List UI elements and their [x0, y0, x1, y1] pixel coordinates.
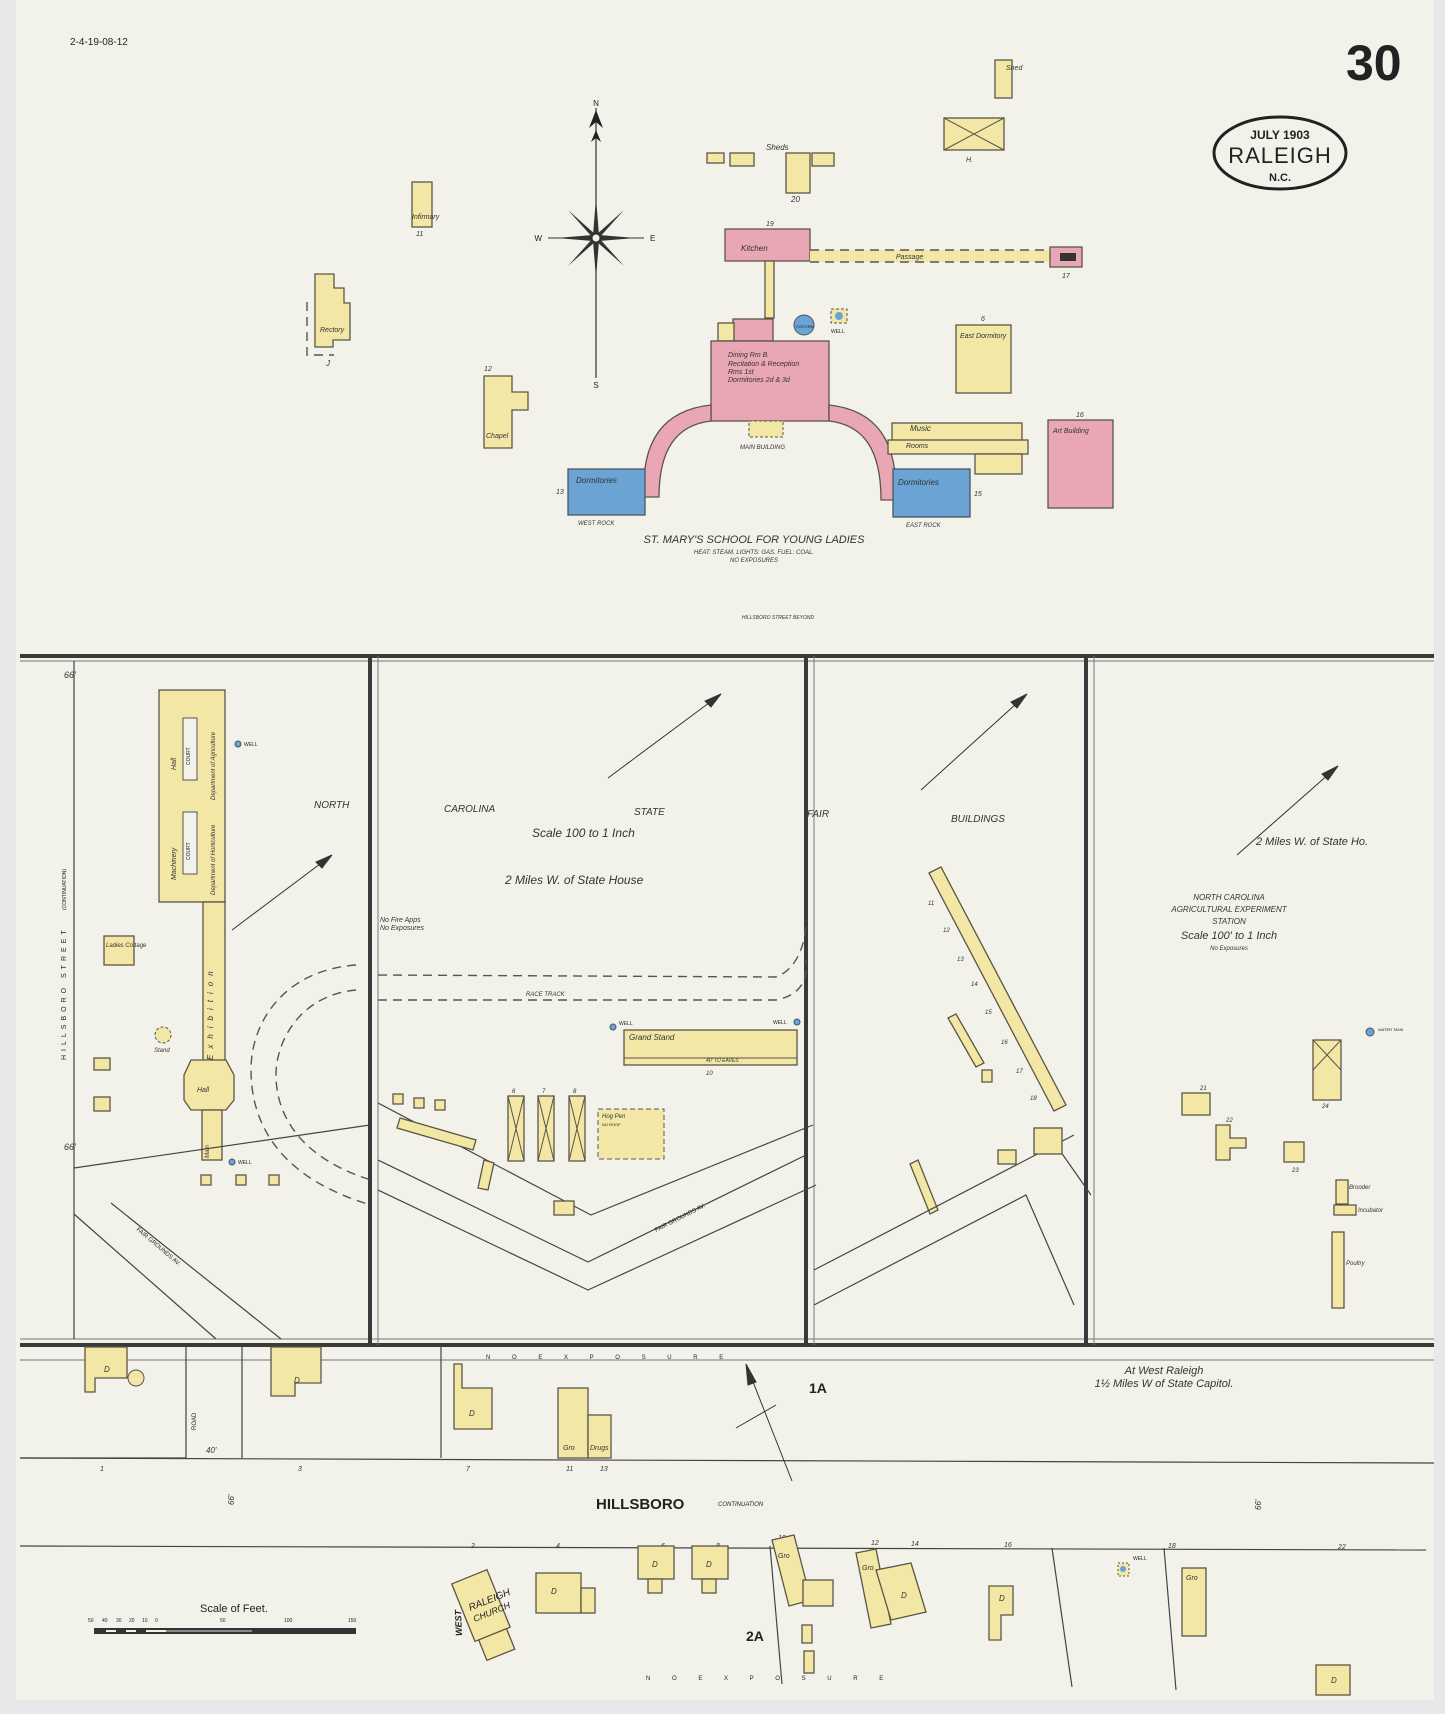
chapel-building: 12 Chapel [484, 366, 528, 448]
svg-text:14: 14 [971, 982, 978, 988]
svg-text:Recitation & Reception: Recitation & Reception [728, 361, 799, 368]
svg-text:FAIR GROUNDS AV.: FAIR GROUNDS AV. [135, 1227, 182, 1268]
svg-text:D: D [999, 1594, 1005, 1603]
svg-text:Scale of Feet.: Scale of Feet. [200, 1603, 268, 1615]
svg-text:Brooder: Brooder [1349, 1185, 1371, 1191]
west-raleigh-church: WEST RALEIGH CHURCH [435, 1565, 531, 1669]
street-label-hillsboro: HILLSBORO [596, 1496, 685, 1513]
svg-text:STATION: STATION [1212, 917, 1246, 926]
svg-text:100: 100 [284, 1618, 293, 1624]
grocery-10: Gro [772, 1535, 833, 1606]
svg-text:WELL: WELL [773, 1020, 787, 1026]
svg-text:21: 21 [1199, 1086, 1207, 1092]
svg-text:N O E X P O S U R E: N O E X P O S U R E [646, 1676, 893, 1682]
compass-west: W [534, 234, 542, 243]
well-icon: WELL [831, 309, 847, 335]
main-building: Dining Rm B. Recitation & Reception Rms … [711, 319, 829, 451]
svg-text:11: 11 [416, 231, 423, 238]
svg-text:17: 17 [1062, 273, 1071, 280]
svg-text:Chapel: Chapel [486, 433, 509, 440]
svg-text:12: 12 [871, 1540, 879, 1547]
svg-text:CAROLINA: CAROLINA [444, 804, 495, 815]
svg-text:CONTINUATION: CONTINUATION [718, 1502, 764, 1508]
well-icon: WELL [229, 1159, 252, 1166]
svg-text:22: 22 [1337, 1544, 1346, 1551]
stand: Stand [154, 1027, 171, 1054]
svg-text:12: 12 [484, 366, 492, 373]
svg-text:Dormitories: Dormitories [576, 476, 617, 485]
svg-text:CISTERN: CISTERN [796, 324, 814, 329]
svg-text:D: D [469, 1409, 475, 1418]
hillsboro-beyond: HILLSBORO STREET BEYOND [742, 615, 815, 621]
svg-text:WELL: WELL [244, 742, 258, 748]
cartouche-state: N.C. [1269, 172, 1291, 184]
stall-sheds: 6 7 8 [508, 1089, 585, 1161]
svg-text:Department of Agriculture: Department of Agriculture [211, 731, 217, 800]
svg-text:Scale 100' to 1 Inch: Scale 100' to 1 Inch [1181, 930, 1277, 942]
svg-text:(CONTINUATION): (CONTINUATION) [62, 869, 68, 910]
svg-text:50: 50 [88, 1618, 94, 1624]
svg-text:Dormitories: Dormitories [898, 478, 939, 487]
svg-text:D: D [551, 1587, 557, 1596]
north-arrow-icon [232, 694, 1338, 930]
catalog-stamp: 2-4-19-08-12 [70, 37, 128, 48]
cartouche-date: JULY 1903 [1250, 128, 1310, 142]
svg-text:150: 150 [348, 1618, 357, 1624]
svg-text:WEST: WEST [453, 1608, 464, 1636]
svg-text:Grand Stand: Grand Stand [629, 1033, 675, 1042]
east-dormitory-building: East Dormitory 6 [956, 316, 1011, 393]
compass-north: N [593, 99, 599, 108]
svg-text:NO ROOF: NO ROOF [602, 1122, 621, 1127]
svg-text:D: D [104, 1365, 110, 1374]
svg-text:66': 66' [1254, 1499, 1263, 1510]
experiment-station: 2 Miles W. of State Ho. NORTH CAROLINA A… [1170, 836, 1403, 1308]
rectory-building: Rectory J [307, 274, 350, 368]
boiler-house: 17 [1050, 247, 1082, 280]
svg-text:Gro: Gro [1186, 1575, 1198, 1582]
svg-text:66': 66' [64, 670, 76, 680]
svg-text:13: 13 [556, 489, 564, 496]
campus-title: ST. MARY'S SCHOOL FOR YOUNG LADIES [644, 534, 866, 546]
svg-text:30: 30 [116, 1618, 122, 1624]
kitchen-building: Kitchen 19 [725, 221, 810, 261]
svg-text:12: 12 [943, 928, 950, 934]
svg-text:Dining Rm B.: Dining Rm B. [728, 352, 769, 359]
svg-text:Hall: Hall [171, 757, 178, 770]
well-icon: WELL [235, 741, 258, 748]
svg-text:3: 3 [298, 1466, 302, 1473]
st-marys-campus: Shed H. Sheds 20 Infirmary 11 Rectory J [307, 60, 1113, 621]
svg-text:Ladies Cottage: Ladies Cottage [106, 943, 147, 949]
compass-rose-icon: N S W E [534, 99, 655, 390]
svg-text:Department of Horticulture: Department of Horticulture [211, 824, 217, 895]
svg-text:Art Building: Art Building [1052, 428, 1089, 435]
svg-text:20: 20 [129, 1618, 135, 1624]
svg-text:66': 66' [227, 1494, 236, 1505]
fair-grounds: NORTH CAROLINA STATE FAIR BUILDINGS Scal… [61, 670, 1404, 1339]
west-arcade [644, 405, 711, 497]
title-cartouche: JULY 1903 RALEIGH N.C. [1214, 117, 1346, 189]
svg-text:0: 0 [155, 1618, 158, 1624]
svg-text:Stand: Stand [154, 1048, 170, 1054]
svg-text:Sheds: Sheds [766, 143, 789, 152]
dwelling-16: D [989, 1586, 1013, 1640]
svg-text:50: 50 [220, 1618, 226, 1624]
svg-text:Main: Main [205, 1144, 211, 1158]
svg-text:10: 10 [706, 1071, 713, 1077]
dwelling-corner: D [1316, 1665, 1350, 1695]
svg-text:17: 17 [1016, 1069, 1023, 1075]
west-raleigh-strip: D D D Gro Drugs 1 3 7 11 13 ROAD 40' 66'… [20, 1345, 1434, 1695]
svg-text:NO EXPOSURES: NO EXPOSURES [730, 558, 778, 564]
svg-text:Passage: Passage [896, 254, 923, 261]
svg-text:13: 13 [600, 1466, 608, 1473]
well-icon: WELL [1118, 1556, 1147, 1576]
svg-text:7: 7 [466, 1466, 471, 1473]
north-arrow-icon [736, 1364, 792, 1481]
svg-text:RACE TRACK: RACE TRACK [526, 992, 566, 998]
svg-text:16: 16 [1001, 1040, 1008, 1046]
svg-text:Infirmary: Infirmary [412, 214, 440, 221]
hillsboro-street-label: HILLSBORO STREET [61, 926, 68, 1060]
grocery-12: GroD [856, 1549, 926, 1628]
svg-text:Machinery: Machinery [171, 847, 178, 880]
svg-text:EAST ROCK: EAST ROCK [906, 523, 942, 529]
campus-notes: HEAT: STEAM. LIGHTS: GAS. FUEL: COAL. [694, 550, 814, 556]
svg-text:WEST ROCK: WEST ROCK [578, 521, 615, 527]
svg-text:20: 20 [790, 195, 800, 204]
svg-text:2 Miles W. of State House: 2 Miles W. of State House [504, 873, 644, 887]
sheds: Sheds 20 [707, 143, 834, 204]
hog-pen: Hog Pen NO ROOF [598, 1109, 664, 1159]
svg-text:Incubator: Incubator [1358, 1208, 1384, 1214]
svg-text:Kitchen: Kitchen [741, 244, 768, 253]
svg-text:COURT: COURT [186, 747, 192, 765]
svg-text:D: D [294, 1376, 300, 1385]
svg-text:6: 6 [512, 1089, 516, 1095]
svg-text:66': 66' [64, 1142, 76, 1152]
svg-text:24: 24 [1321, 1104, 1329, 1110]
sanborn-map: 2-4-19-08-12 30 JULY 1903 RALEIGH N.C. N… [16, 0, 1434, 1700]
svg-text:40: 40 [102, 1618, 108, 1624]
cartouche-city: RALEIGH [1228, 143, 1332, 168]
svg-text:No Exposures: No Exposures [1210, 946, 1248, 952]
well-icon: WELL [610, 1021, 633, 1030]
svg-text:FAIR GROUNDS AV.: FAIR GROUNDS AV. [654, 1203, 707, 1234]
svg-text:23: 23 [1291, 1168, 1299, 1174]
svg-text:Music: Music [910, 424, 931, 433]
svg-text:WELL: WELL [619, 1021, 633, 1027]
svg-text:Rooms: Rooms [906, 443, 929, 450]
dwelling-1: D [85, 1347, 144, 1392]
east-stall-row: 11 12 13 14 15 16 17 18 19 [910, 867, 1066, 1214]
svg-text:D: D [652, 1560, 658, 1569]
svg-text:7: 7 [542, 1089, 546, 1095]
page-number: 30 [1346, 35, 1402, 91]
dwelling-8: D [692, 1546, 728, 1593]
svg-text:11: 11 [566, 1466, 573, 1473]
svg-text:Rms 1st: Rms 1st [728, 369, 755, 376]
dwelling-7: D [454, 1364, 492, 1429]
dwelling-6: D [638, 1546, 674, 1593]
svg-text:Gro: Gro [778, 1553, 790, 1560]
svg-text:WELL: WELL [238, 1160, 252, 1166]
svg-text:6: 6 [981, 316, 985, 323]
svg-text:Exhibition: Exhibition [206, 965, 215, 1060]
svg-text:Gro: Gro [862, 1565, 874, 1572]
svg-text:No Fire Apps: No Fire Apps [380, 917, 421, 924]
grand-stand: Grand Stand 40' TO EAVES 10 [624, 1030, 797, 1077]
scale-of-feet: Scale of Feet. 50 40 30 20 10 0 50 100 1… [88, 1603, 357, 1634]
svg-text:16: 16 [1076, 412, 1084, 419]
well-icon: WELL [773, 1019, 800, 1026]
svg-text:18: 18 [1030, 1096, 1037, 1102]
svg-text:BUILDINGS: BUILDINGS [951, 814, 1005, 825]
sheet-ref-1a: 1A [809, 1380, 827, 1396]
svg-text:10: 10 [142, 1618, 148, 1624]
svg-text:2: 2 [470, 1543, 475, 1550]
sheet-ref-2a: 2A [746, 1628, 764, 1644]
svg-text:Scale 100 to 1 Inch: Scale 100 to 1 Inch [532, 826, 635, 840]
svg-text:1: 1 [100, 1466, 104, 1473]
svg-text:East Dormitory: East Dormitory [960, 333, 1007, 340]
svg-text:Dormitories 2d & 3d: Dormitories 2d & 3d [728, 377, 791, 384]
svg-text:18: 18 [1168, 1543, 1176, 1550]
svg-text:Drugs: Drugs [590, 1445, 609, 1452]
svg-text:MAIN BUILDING: MAIN BUILDING [740, 445, 785, 451]
west-rock-dormitory: Dormitories 13 WEST ROCK [556, 469, 645, 527]
svg-text:NORTH CAROLINA: NORTH CAROLINA [1193, 893, 1264, 902]
passage: Passage [810, 250, 1050, 262]
svg-text:Rectory: Rectory [320, 327, 345, 334]
drugs-13: Drugs [588, 1415, 611, 1458]
svg-text:Shed: Shed [1006, 65, 1023, 72]
exhibition-hall: Hall Machinery COURT COURT Department of… [159, 690, 234, 1160]
svg-text:WELL: WELL [831, 329, 845, 335]
svg-text:No Exposures: No Exposures [380, 925, 424, 932]
dwelling-3: D [271, 1347, 321, 1396]
svg-text:WATER TANK: WATER TANK [1378, 1027, 1404, 1032]
svg-text:J: J [325, 359, 331, 368]
compass-south: S [593, 381, 598, 390]
svg-text:Hall: Hall [197, 1087, 210, 1094]
svg-text:Poultry: Poultry [1346, 1261, 1366, 1267]
cistern-icon: CISTERN [794, 315, 814, 335]
svg-text:40': 40' [206, 1446, 217, 1455]
east-arcade [829, 405, 896, 500]
svg-text:D: D [706, 1560, 712, 1569]
svg-text:8: 8 [573, 1089, 577, 1095]
svg-text:15: 15 [974, 491, 982, 498]
svg-text:D: D [1331, 1676, 1337, 1685]
svg-text:22: 22 [1225, 1118, 1233, 1124]
ladies-cottage: Ladies Cottage [104, 936, 147, 965]
svg-text:Hog Pen: Hog Pen [602, 1114, 626, 1120]
art-building: Art Building 16 [1048, 412, 1113, 508]
svg-text:Gro: Gro [563, 1445, 575, 1452]
svg-text:NORTH: NORTH [314, 800, 350, 811]
grocery-11: Gro [558, 1388, 588, 1458]
svg-text:15: 15 [985, 1010, 992, 1016]
svg-text:16: 16 [1004, 1542, 1012, 1549]
map-sheet: 2-4-19-08-12 30 JULY 1903 RALEIGH N.C. N… [16, 0, 1434, 1700]
svg-text:N O E X P O S U R E: N O E X P O S U R E [486, 1355, 733, 1361]
svg-text:11: 11 [928, 901, 934, 907]
infirmary-building: Infirmary 11 [412, 182, 440, 238]
east-rock-dormitory: Dormitories 15 EAST ROCK [893, 469, 982, 529]
grocery-18: Gro [1182, 1568, 1206, 1636]
compass-east: E [650, 234, 655, 243]
music-rooms: Music Rooms [888, 423, 1028, 474]
svg-text:14: 14 [911, 1541, 919, 1548]
svg-text:FAIR: FAIR [807, 809, 829, 820]
svg-text:ROAD: ROAD [192, 1412, 198, 1430]
svg-text:AGRICULTURAL EXPERIMENT: AGRICULTURAL EXPERIMENT [1170, 905, 1287, 914]
svg-text:19: 19 [766, 221, 774, 228]
svg-text:WELL: WELL [1133, 1556, 1147, 1562]
dwelling-4: D [536, 1573, 595, 1613]
svg-text:STATE: STATE [634, 807, 665, 818]
svg-text:D: D [901, 1591, 907, 1600]
svg-text:1½ Miles W of State Capitol.: 1½ Miles W of State Capitol. [1095, 1378, 1234, 1390]
svg-text:COURT: COURT [186, 842, 192, 860]
svg-text:H.: H. [966, 157, 973, 164]
h-building: H. [944, 118, 1004, 164]
svg-text:At West Raleigh: At West Raleigh [1124, 1365, 1204, 1377]
svg-text:13: 13 [957, 957, 964, 963]
svg-text:4: 4 [556, 1543, 560, 1550]
svg-text:2 Miles W. of State Ho.: 2 Miles W. of State Ho. [1255, 836, 1368, 848]
svg-text:40' TO EAVES: 40' TO EAVES [706, 1058, 739, 1064]
